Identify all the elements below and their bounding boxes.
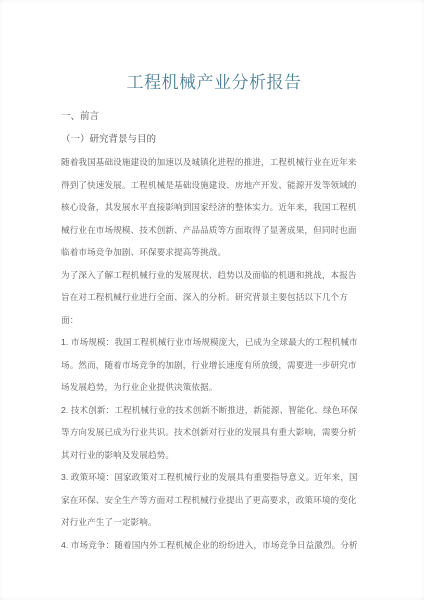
list-item-policy-environment: 3. 政策环境：国家政策对工程机械行业的发展具有重要指导意义。近年来，国家在环保… [61, 466, 367, 534]
intro-paragraph-1: 随着我国基础设施建设的加速以及城镇化进程的推进，工程机械行业在近年来得到了快速发… [61, 151, 367, 264]
document-content: 工程机械产业分析报告 一、前言 （一）研究背景与目的 随着我国基础设施建设的加速… [61, 70, 367, 556]
document-title: 工程机械产业分析报告 [61, 70, 367, 96]
list-item-market-competition: 4. 市场竞争：随着国内外工程机械企业的纷纷进入，市场竞争日益激烈。分析 [61, 534, 367, 557]
list-item-market-scale: 1. 市场规模：我国工程机械行业市场规模庞大，已成为全球最大的工程机械市场。然而… [61, 331, 367, 399]
list-item-tech-innovation: 2. 技术创新：工程机械行业的技术创新不断推进，新能源、智能化、绿色环保等方向发… [61, 399, 367, 467]
intro-paragraph-2: 为了深入了解工程机械行业的发展现状、趋势以及面临的机遇和挑战，本报告旨在对工程机… [61, 264, 367, 332]
section-heading: 一、前言 [61, 106, 367, 129]
document-page: 工程机械产业分析报告 一、前言 （一）研究背景与目的 随着我国基础设施建设的加速… [0, 0, 424, 600]
subsection-heading: （一）研究背景与目的 [61, 129, 367, 152]
